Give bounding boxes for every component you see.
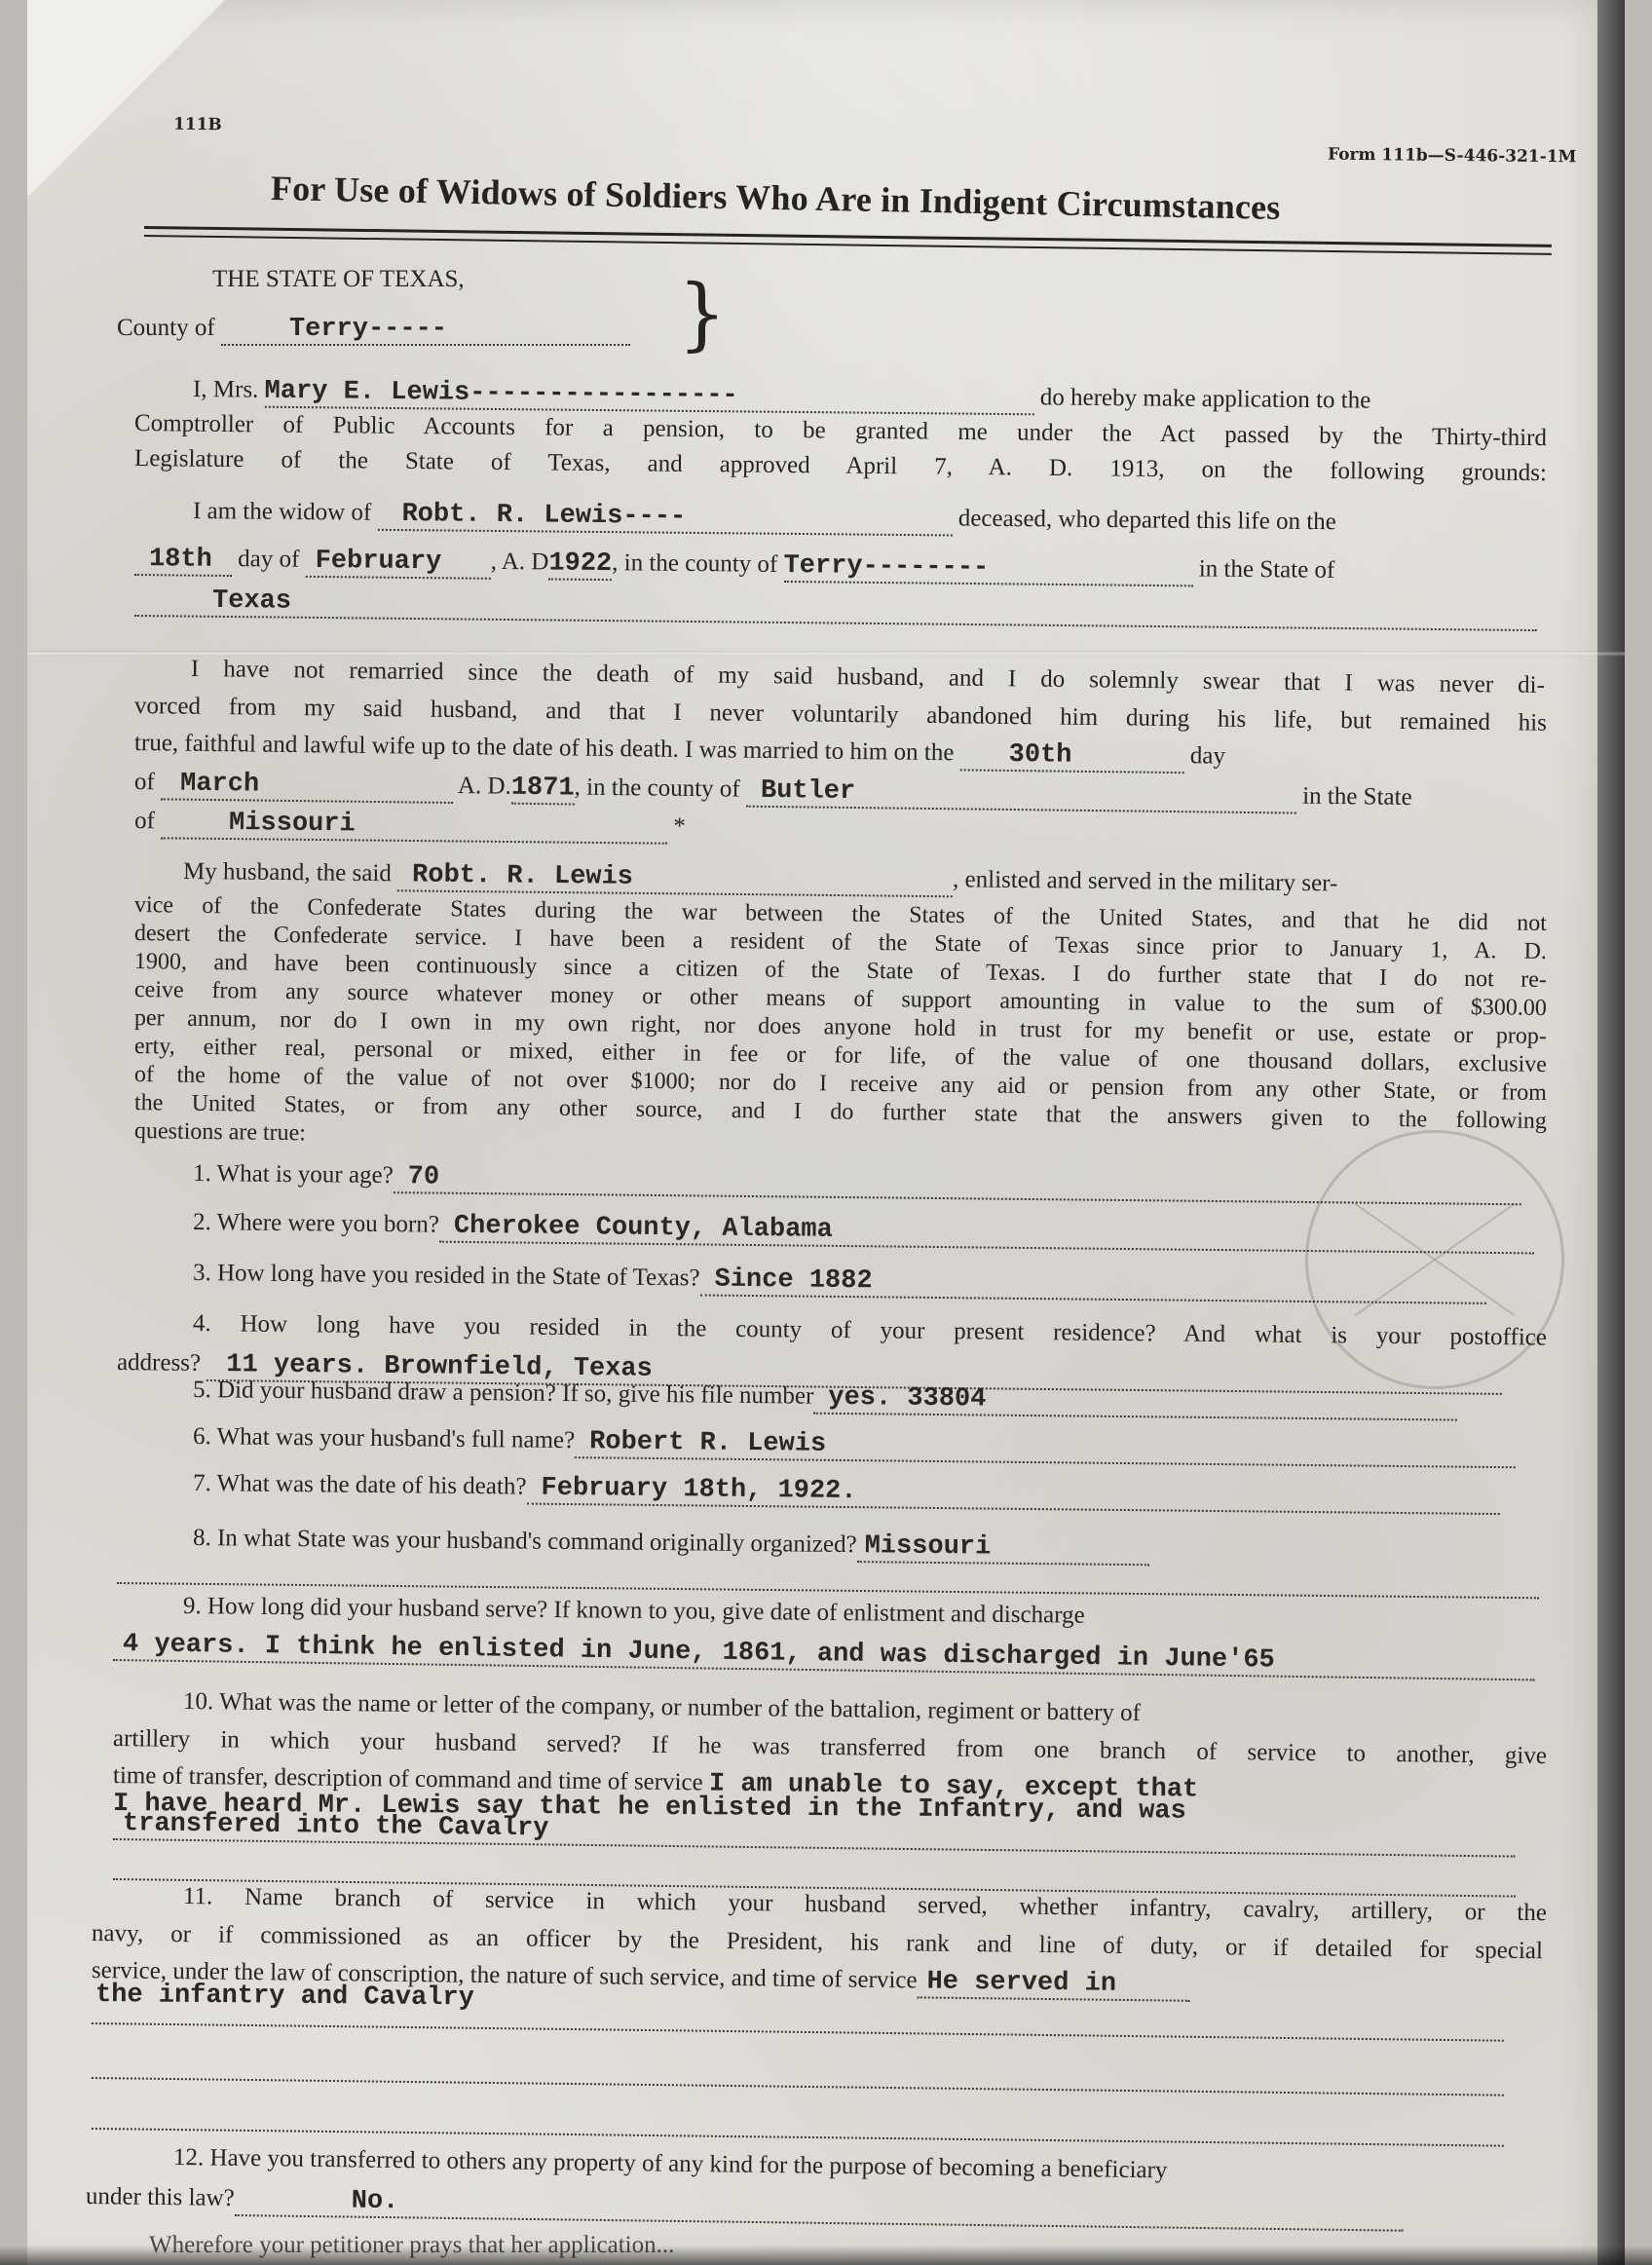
- question-text: What is your age?: [216, 1160, 393, 1189]
- answer-6-field[interactable]: Robert R. Lewis: [575, 1426, 1516, 1468]
- question-number: 3.: [193, 1260, 217, 1286]
- scan-bottom-shadow: [0, 2246, 1652, 2265]
- marriage-month-field[interactable]: March: [161, 768, 453, 804]
- answer-10-value: transfered into the Cavalry: [123, 1809, 549, 1843]
- death-day-field[interactable]: 18th: [134, 544, 232, 577]
- answer-5-value: yes. 33804: [828, 1383, 986, 1415]
- applicant-name: Mary E. Lewis-----------------: [264, 377, 737, 411]
- marriage-day-field[interactable]: 30th: [959, 738, 1183, 774]
- question-7: 7. What was the date of his death?Februa…: [193, 1469, 1547, 1516]
- county-field[interactable]: Terry-----: [221, 314, 630, 346]
- page-edge-shadow: [1597, 0, 1625, 2265]
- question-text: What was the date of his death?: [216, 1470, 526, 1499]
- marriage-state-field[interactable]: Missouri: [161, 807, 667, 844]
- answer-9-value: 4 years. I think he enlisted in June, 18…: [123, 1630, 1275, 1676]
- question-text: What was your husband's full name?: [216, 1423, 575, 1453]
- question-number: 7.: [193, 1470, 217, 1496]
- answer-8-field[interactable]: Missouri: [856, 1530, 1148, 1566]
- form-number-left: 111B: [173, 115, 222, 135]
- service-husband-field[interactable]: Robt. R. Lewis: [397, 859, 953, 897]
- answer-5-field[interactable]: yes. 33804: [813, 1382, 1457, 1421]
- answer-6-value: Robert R. Lewis: [589, 1427, 826, 1459]
- marriage-line-1: I have not remarried since the death of …: [191, 655, 1545, 700]
- question-text: navy, or if commissioned as an officer b…: [92, 1920, 1543, 1964]
- answer-12-value: No.: [352, 2187, 399, 2217]
- folded-corner: [27, 0, 349, 195]
- question-text: How long have you resided in the State o…: [217, 1260, 700, 1291]
- question-number: 5.: [193, 1377, 217, 1403]
- county-line: County of Terry-----: [117, 314, 682, 346]
- form-number-right: Form 111b—S-446-321-1M: [1328, 145, 1577, 168]
- question-text: 10. What was the name or letter of the c…: [183, 1688, 1141, 1726]
- death-year-field[interactable]: 1922: [548, 547, 612, 581]
- answer-11-extra-line[interactable]: [92, 2077, 1504, 2096]
- death-county-field[interactable]: Terry--------: [783, 550, 1192, 586]
- question-number: 2.: [193, 1209, 217, 1235]
- state-label: THE STATE OF TEXAS,: [212, 265, 602, 294]
- question-text: 8. In what State was your husband's comm…: [193, 1525, 857, 1558]
- death-month-field[interactable]: February: [305, 546, 490, 580]
- question-8: 8. In what State was your husband's comm…: [193, 1524, 1547, 1570]
- answer-7-field[interactable]: February 18th, 1922.: [526, 1473, 1500, 1515]
- question-text: Did your husband draw a pension? If so, …: [217, 1377, 814, 1409]
- answer-3-value: Since 1882: [714, 1265, 872, 1297]
- document-page: 111B Form 111b—S-446-321-1M For Use of W…: [27, 0, 1625, 2265]
- husband-name: Robt. R. Lewis----: [401, 500, 686, 532]
- question-number: 1.: [193, 1160, 217, 1187]
- widow-line: I am the widow of Robt. R. Lewis---- dec…: [193, 497, 1547, 542]
- brace-glyph: }: [678, 273, 727, 355]
- death-date-line: 18th day of February, A. D1922, in the c…: [134, 544, 1547, 590]
- answer-3-field[interactable]: Since 1882: [699, 1264, 1486, 1303]
- question-number: 6.: [193, 1423, 217, 1450]
- death-state-field[interactable]: Texas: [134, 585, 1537, 631]
- death-state-line: Texas: [134, 585, 1547, 631]
- question-text: artillery in which your husband served? …: [113, 1725, 1547, 1769]
- answer-7-value: February 18th, 1922.: [541, 1474, 856, 1506]
- applicant-name-field[interactable]: Mary E. Lewis-----------------: [264, 376, 1033, 416]
- marriage-year-field[interactable]: 1871: [511, 773, 575, 806]
- county-value: Terry-----: [289, 315, 447, 344]
- answer-9-field[interactable]: 4 years. I think he enlisted in June, 18…: [113, 1629, 1535, 1680]
- question-10: 10. What was the name or letter of the c…: [183, 1687, 1547, 1733]
- question-6: 6. What was your husband's full name?Rob…: [193, 1422, 1547, 1469]
- answer-8-value: Missouri: [864, 1531, 991, 1562]
- answer-1-value: 70: [408, 1162, 440, 1191]
- answer-12-field[interactable]: No.: [235, 2184, 1404, 2232]
- county-label: County of: [117, 315, 215, 341]
- document-title: For Use of Widows of Soldiers Who Are in…: [271, 168, 1281, 228]
- question-text: Where were you born?: [216, 1209, 439, 1237]
- husband-name-field[interactable]: Robt. R. Lewis----: [377, 499, 952, 537]
- question-text: under this law?: [86, 2183, 235, 2211]
- marriage-county-field[interactable]: Butler: [746, 775, 1296, 814]
- answer-9-line: 4 years. I think he enlisted in June, 18…: [113, 1629, 1633, 1682]
- answer-11-extra-line[interactable]: [92, 2022, 1504, 2042]
- question-text: address?: [117, 1349, 207, 1377]
- question-text: 12. Have you transferred to others any p…: [173, 2144, 1168, 2183]
- answer-2-value: Cherokee County, Alabama: [454, 1212, 833, 1245]
